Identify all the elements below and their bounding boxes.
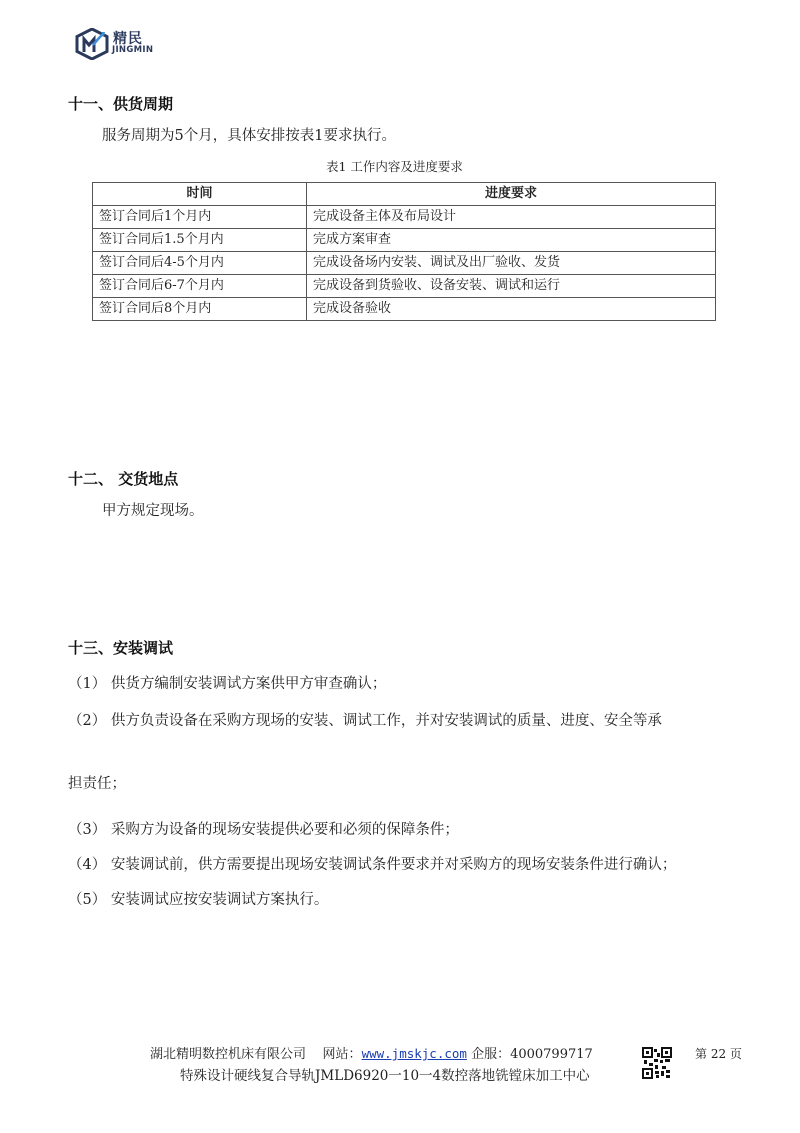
cell-time: 签订合同后1个月内 [93,206,307,229]
footer-website-link[interactable]: www.jmskjc.com [362,1046,467,1061]
cell-progress: 完成设备场内安装、调试及出厂验收、发货 [307,252,716,275]
page-number: 第 22 页 [695,1045,742,1062]
cell-progress: 完成设备到货验收、设备安装、调试和运行 [307,275,716,298]
footer-service-label: 企服： [471,1047,510,1062]
cell-progress: 完成设备主体及布局设计 [307,206,716,229]
table-row: 签订合同后4-5个月内 完成设备场内安装、调试及出厂验收、发货 [93,252,716,275]
install-item-3: （3） 采购方为设备的现场安装提供必要和必须的保障条件； [68,818,459,839]
footer-website-label: 网站： [323,1047,362,1062]
header-time: 时间 [93,183,307,206]
logo-text-en: JINGMIN [112,45,153,55]
section-11-paragraph: 服务周期为5个月，具体安排按表1要求执行。 [102,124,396,145]
schedule-table: 时间 进度要求 签订合同后1个月内 完成设备主体及布局设计 签订合同后1.5个月… [92,182,716,321]
install-item-2: （2） 供方负责设备在采购方现场的安装、调试工作，并对安装调试的质量、进度、安全… [68,709,662,730]
footer-product-title: 特殊设计硬线复合导轨JMLD6920一10一4数控落地铣镗床加工中心 [180,1064,590,1084]
install-item-5: （5） 安装调试应按安装调试方案执行。 [68,888,328,909]
cell-time: 签订合同后1.5个月内 [93,229,307,252]
logo-hexagon-icon [75,28,109,60]
section-12-paragraph: 甲方规定现场。 [102,499,204,520]
qr-code-icon [642,1047,672,1079]
table-caption: 表1 工作内容及进度要求 [326,157,463,175]
cell-time: 签订合同后4-5个月内 [93,252,307,275]
table-row: 签订合同后8个月内 完成设备验收 [93,298,716,321]
table-header-row: 时间 进度要求 [93,183,716,206]
install-item-4: （4） 安装调试前，供方需要提出现场安装调试条件要求并对采购方的现场安装条件进行… [68,853,676,874]
cell-time: 签订合同后8个月内 [93,298,307,321]
table-row: 签订合同后1个月内 完成设备主体及布局设计 [93,206,716,229]
footer-service-phone: 4000799717 [510,1047,593,1062]
cell-progress: 完成方案审查 [307,229,716,252]
table-row: 签订合同后1.5个月内 完成方案审查 [93,229,716,252]
company-logo: 精民 JINGMIN [75,28,175,60]
footer-company: 湖北精明数控机床有限公司 [150,1047,306,1062]
header-progress: 进度要求 [307,183,716,206]
section-12-heading: 十二、 交货地点 [68,468,178,489]
section-13-heading: 十三、安装调试 [68,637,173,658]
cell-progress: 完成设备验收 [307,298,716,321]
install-item-2-continued: 担责任； [68,772,126,793]
table-row: 签订合同后6-7个月内 完成设备到货验收、设备安装、调试和运行 [93,275,716,298]
section-11-heading: 十一、供货周期 [68,93,173,114]
footer-contact-line: 湖北精明数控机床有限公司 网站：www.jmskjc.com 企服：400079… [150,1043,593,1062]
install-item-1: （1） 供货方编制安装调试方案供甲方审查确认； [68,672,386,693]
cell-time: 签订合同后6-7个月内 [93,275,307,298]
